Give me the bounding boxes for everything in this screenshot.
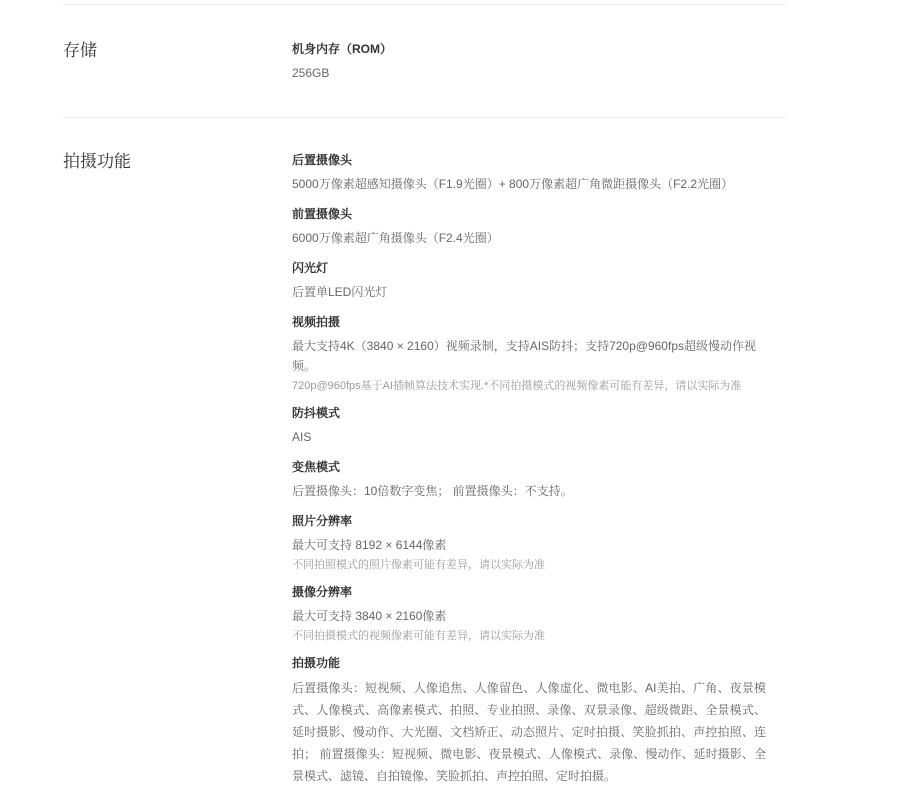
spec-page: 存储 机身内存（ROM） 256GB 拍摄功能 后置摄像头 5000万像素超感知… [63,4,786,795]
spec-note: 不同拍照模式的照片像素可能有差异，请以实际为准 [292,558,766,572]
spec-note: 720p@960fps基于AI插帧算法技术实现.*不同拍摄模式的视频像素可能有差… [292,379,766,393]
spec-item-shooting-features: 拍摄功能 后置摄像头：短视频、人像追焦、人像留色、人像虚化、微电影、AI美拍、广… [292,653,766,787]
section-camera: 拍摄功能 后置摄像头 5000万像素超感知摄像头（F1.9光圈）+ 800万像素… [63,118,786,795]
spec-note: 不同拍摄模式的视频像素可能有差异，请以实际为准 [292,629,766,643]
spec-item-rom: 机身内存（ROM） 256GB [292,39,766,83]
spec-item-video-capture: 视频拍摄 最大支持4K（3840 × 2160）视频录制，支持AIS防抖；支持7… [292,312,766,393]
section-body-storage: 机身内存（ROM） 256GB [292,39,766,83]
spec-label: 闪光灯 [292,258,766,278]
spec-value: 最大支持4K（3840 × 2160）视频录制，支持AIS防抖；支持720p@9… [292,336,766,376]
spec-item-rear-camera: 后置摄像头 5000万像素超感知摄像头（F1.9光圈）+ 800万像素超广角微距… [292,150,766,194]
spec-label: 拍摄功能 [292,653,766,673]
spec-item-photo-resolution: 照片分辨率 最大可支持 8192 × 6144像素 不同拍照模式的照片像素可能有… [292,511,766,572]
spec-label: 视频拍摄 [292,312,766,332]
spec-label: 机身内存（ROM） [292,39,766,59]
spec-value: 最大可支持 8192 × 6144像素 [292,535,766,555]
spec-item-stabilization: 防抖模式 AIS [292,403,766,447]
section-body-camera: 后置摄像头 5000万像素超感知摄像头（F1.9光圈）+ 800万像素超广角微距… [292,150,766,787]
spec-label: 前置摄像头 [292,204,766,224]
spec-value: 后置摄像头：10倍数字变焦； 前置摄像头：不支持。 [292,481,766,501]
spec-value: 后置摄像头：短视频、人像追焦、人像留色、人像虚化、微电影、AI美拍、广角、夜景模… [292,677,766,787]
spec-label: 后置摄像头 [292,150,766,170]
spec-label: 防抖模式 [292,403,766,423]
spec-value: 6000万像素超广角摄像头（F2.4光圈） [292,228,766,248]
spec-label: 变焦模式 [292,457,766,477]
section-storage: 存储 机身内存（ROM） 256GB [63,5,786,117]
spec-item-zoom-mode: 变焦模式 后置摄像头：10倍数字变焦； 前置摄像头：不支持。 [292,457,766,501]
spec-value: 最大可支持 3840 × 2160像素 [292,606,766,626]
spec-label: 摄像分辨率 [292,582,766,602]
section-title-camera: 拍摄功能 [63,150,292,787]
spec-item-video-resolution: 摄像分辨率 最大可支持 3840 × 2160像素 不同拍摄模式的视频像素可能有… [292,582,766,643]
spec-value: 5000万像素超感知摄像头（F1.9光圈）+ 800万像素超广角微距摄像头（F2… [292,174,766,194]
spec-label: 照片分辨率 [292,511,766,531]
spec-item-flash: 闪光灯 后置单LED闪光灯 [292,258,766,302]
section-title-storage: 存储 [63,39,292,83]
spec-item-front-camera: 前置摄像头 6000万像素超广角摄像头（F2.4光圈） [292,204,766,248]
spec-value: 后置单LED闪光灯 [292,282,766,302]
spec-value: AIS [292,427,766,447]
spec-value: 256GB [292,63,766,83]
